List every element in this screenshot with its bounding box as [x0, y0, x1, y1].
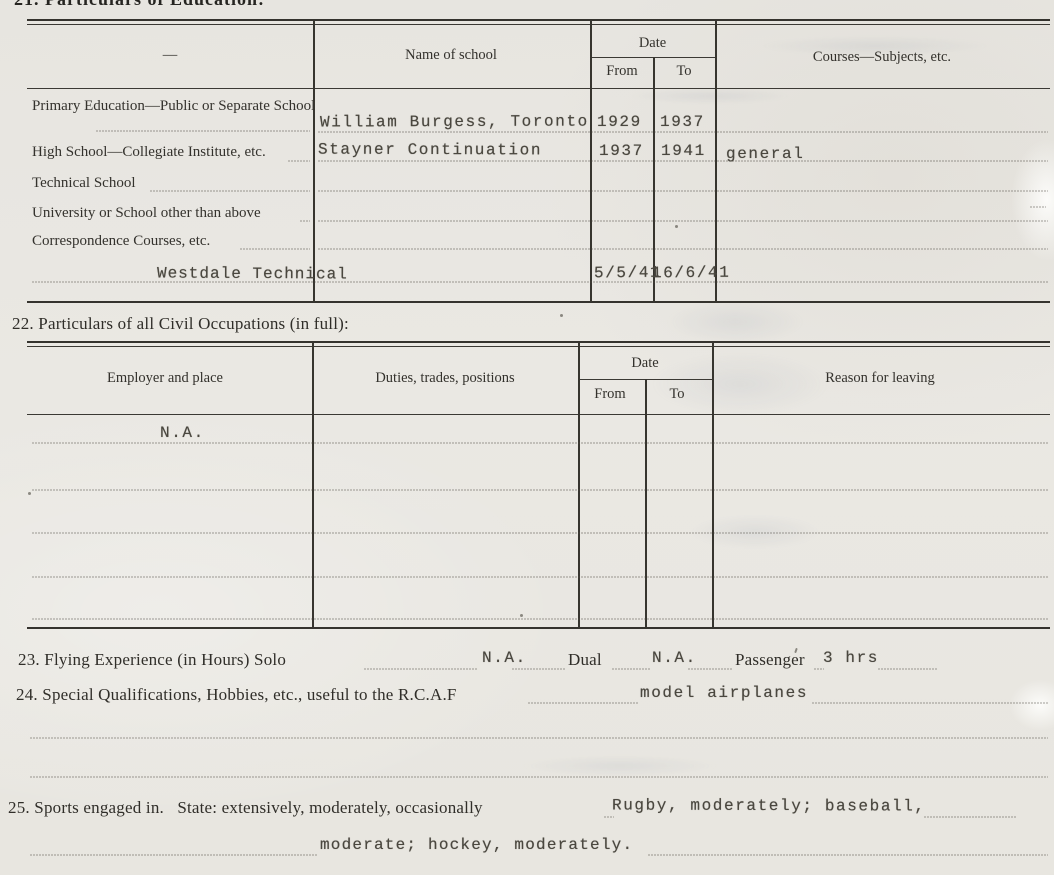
dotted-leader	[878, 668, 938, 670]
dotted-leader	[240, 248, 310, 250]
dotted-leader	[604, 816, 614, 818]
dotted-leader	[364, 668, 478, 670]
education-col-header-courses: Courses—Subjects, etc.	[717, 50, 1047, 65]
flying-solo-value: N.A.	[482, 650, 527, 667]
education-row-label: Correspondence Courses, etc.	[32, 234, 210, 249]
education-col-header-from: From	[592, 64, 652, 79]
special-qualifications-value: model airplanes	[640, 685, 808, 702]
education-row-label: Primary Education—Public or Separate Sch…	[32, 98, 326, 114]
education-col-header-date: Date	[590, 36, 715, 51]
dotted-entry-line	[32, 618, 1048, 620]
education-row-label: High School—Collegiate Institute, etc.	[32, 145, 266, 160]
occupations-col-header-to: To	[648, 387, 706, 402]
dotted-entry-line	[318, 190, 1048, 192]
education-row-label: University or School other than above	[32, 206, 261, 221]
bleed-through-smudge	[665, 300, 805, 344]
sports-value-line-1: Rugby, moderately; baseball,	[612, 797, 926, 815]
education-entry-to: 1941	[661, 143, 706, 160]
occupations-col-header-from: From	[580, 387, 640, 402]
dotted-leader	[924, 816, 1016, 818]
occupations-col-header-duties: Duties, trades, positions	[330, 371, 560, 386]
occupations-table-top-rule	[27, 341, 1050, 347]
education-entry-courses: general	[726, 146, 804, 163]
dotted-leader	[688, 668, 733, 670]
occupations-entry-employer: N.A.	[160, 425, 205, 442]
education-entry-school: William Burgess, Toronto	[320, 114, 589, 132]
section-24-label: 24. Special Qualifications, Hobbies, etc…	[16, 686, 457, 704]
dotted-entry-line	[32, 576, 1048, 578]
occupations-col-divider	[312, 342, 314, 627]
flying-dual-value: N.A.	[652, 650, 697, 667]
flying-passenger-value: 3 hrs	[823, 650, 879, 667]
occupations-col-divider	[712, 342, 714, 627]
flying-passenger-label: Passenger	[735, 651, 805, 669]
ink-speck	[28, 492, 31, 495]
occupations-col-header-date: Date	[578, 356, 712, 371]
dotted-entry-line	[318, 160, 1048, 162]
dotted-leader	[288, 160, 310, 162]
dotted-leader	[512, 668, 566, 670]
section-21-heading: 21. Particulars of Education:	[14, 0, 265, 10]
education-header-bottom-rule	[27, 88, 1050, 89]
education-col-header-name-of-school: Name of school	[351, 48, 551, 63]
dotted-leader	[30, 854, 318, 856]
education-row-label: Technical School	[32, 176, 136, 191]
education-col-header-to: To	[655, 64, 713, 79]
dotted-entry-line	[32, 489, 1048, 491]
education-entry-from: 1929	[597, 114, 642, 131]
ink-speck	[560, 314, 563, 317]
education-entry-to: 16/6/41	[652, 265, 731, 283]
occupations-from-to-divider	[645, 379, 647, 627]
ink-speck	[520, 614, 523, 617]
occupations-col-header-employer: Employer and place	[40, 371, 290, 386]
dotted-leader	[150, 190, 310, 192]
dotted-leader	[812, 702, 1048, 704]
stray-dots-mark	[1030, 206, 1046, 208]
dotted-leader	[96, 130, 310, 132]
dotted-leader	[300, 220, 310, 222]
dotted-entry-line	[32, 442, 1048, 444]
occupations-col-divider	[578, 342, 580, 627]
paper-light-patch	[1010, 680, 1054, 730]
education-entry-from: 1937	[599, 143, 644, 160]
flying-dual-label: Dual	[568, 651, 602, 669]
paper-light-patch	[1012, 140, 1054, 260]
section-23-label: 23. Flying Experience (in Hours) Solo	[18, 651, 286, 669]
dotted-entry-line	[318, 220, 1048, 222]
occupations-col-header-reason: Reason for leaving	[740, 371, 1020, 386]
scanned-form-page: 21. Particulars of Education: — Name of …	[0, 0, 1054, 875]
sports-value-line-2: moderate; hockey, moderately.	[320, 837, 633, 854]
dotted-leader	[612, 668, 650, 670]
education-entry-school: Westdale Technical	[157, 266, 348, 284]
education-table-top-rule	[27, 19, 1050, 25]
section-25-label: 25. Sports engaged in. State: extensivel…	[8, 799, 483, 817]
occupations-header-bottom-rule	[27, 414, 1050, 415]
ink-speck	[675, 225, 678, 228]
occupations-table-bottom-rule	[27, 627, 1050, 629]
dotted-entry-line	[30, 776, 1048, 778]
dotted-entry-line	[32, 532, 1048, 534]
education-corner-dash: —	[130, 48, 210, 63]
section-22-heading: 22. Particulars of all Civil Occupations…	[12, 315, 349, 333]
education-entry-to: 1937	[660, 114, 705, 131]
education-table-bottom-rule	[27, 301, 1050, 303]
dotted-leader	[528, 702, 638, 704]
education-entry-school: Stayner Continuation	[318, 142, 542, 160]
dotted-entry-line	[318, 248, 1048, 250]
dotted-entry-line	[318, 131, 1048, 133]
bleed-through-smudge	[520, 755, 720, 777]
dotted-leader	[814, 668, 824, 670]
dotted-leader	[648, 854, 1048, 856]
education-col-divider	[313, 20, 315, 302]
dotted-entry-line	[30, 737, 1048, 739]
